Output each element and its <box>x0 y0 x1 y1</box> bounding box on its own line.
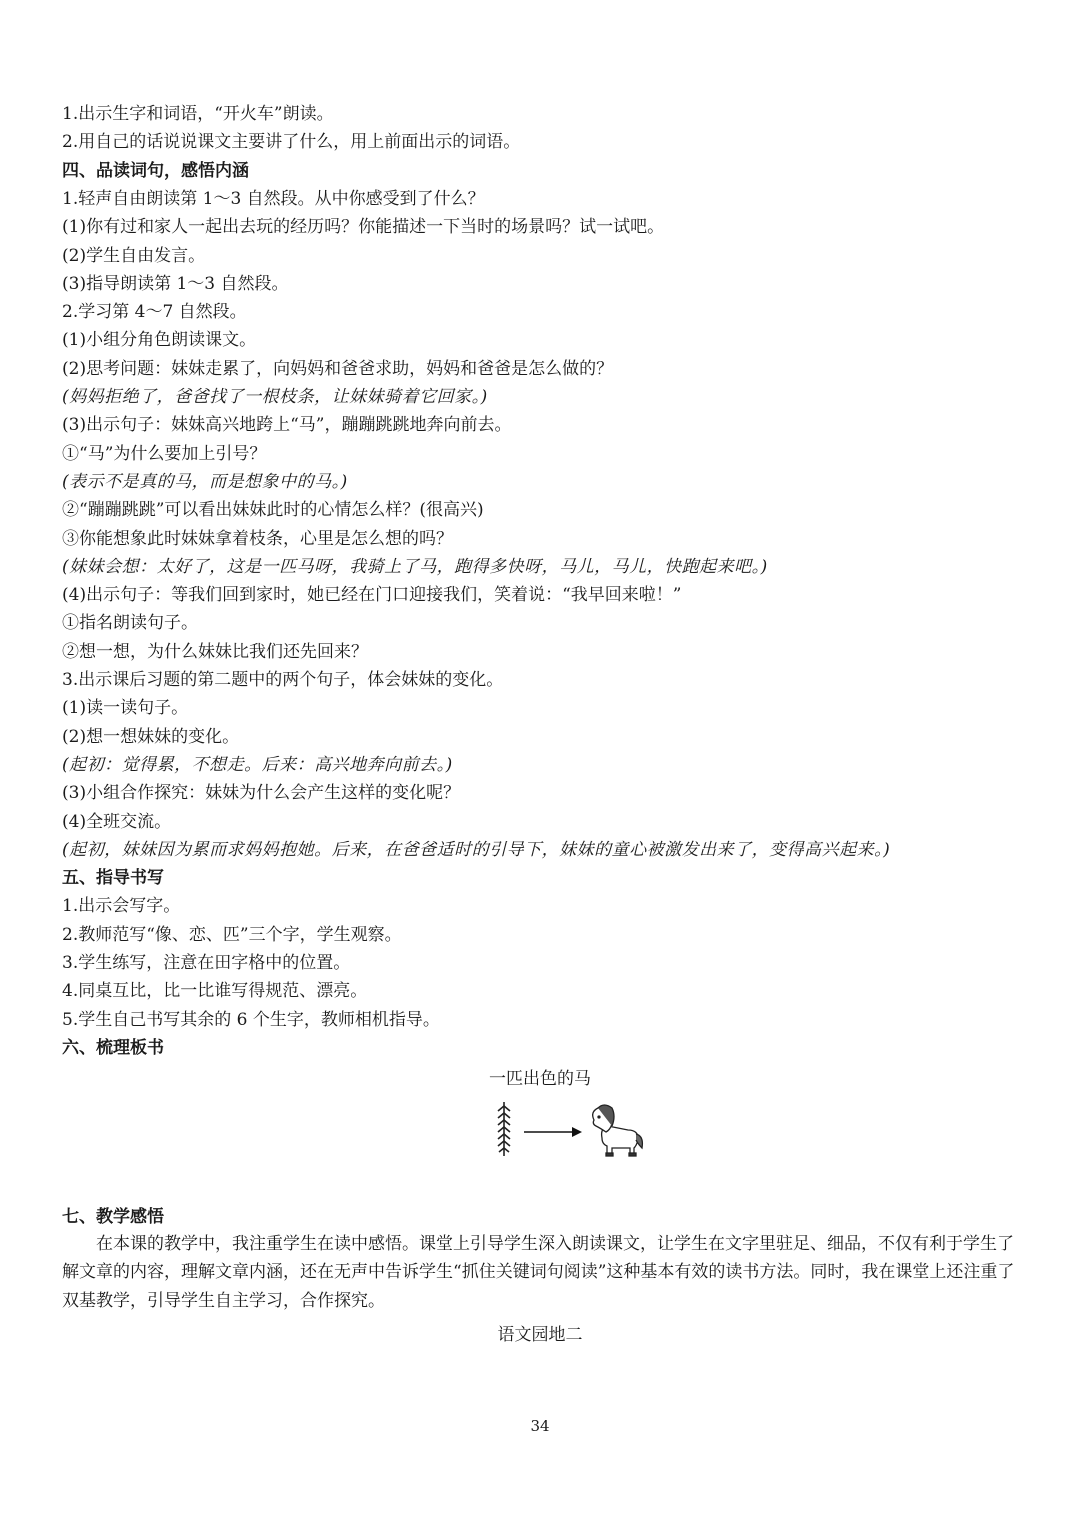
lesson-line: 3.出示课后习题的第二题中的两个句子，体会妹妹的变化。 <box>62 668 503 692</box>
board-figure <box>490 1098 650 1160</box>
section-heading: 六、梳理板书 <box>62 1036 164 1060</box>
answer-line: (妹妹会想：太好了，这是一匹马呀，我骑上了马，跑得多快呀，马儿，马儿，快跑起来吧… <box>62 555 768 579</box>
section-heading-reflection: 七、教学感悟 <box>62 1205 164 1229</box>
lesson-line: 3.学生练写，注意在田字格中的位置。 <box>62 951 350 975</box>
reflection-paragraph: 在本课的教学中，我注重学生在读中感悟。课堂上引导学生深入朗读课文，让学生在文字里… <box>62 1230 1022 1315</box>
arrow-right-icon <box>524 1127 582 1137</box>
lesson-line: (1)读一读句子。 <box>62 696 188 720</box>
section-heading: 四、品读词句，感悟内涵 <box>62 159 249 183</box>
lesson-line: (3)出示句子：妹妹高兴地跨上“马”，蹦蹦跳跳地奔向前去。 <box>62 413 511 437</box>
lesson-line: ①指名朗读句子。 <box>62 611 198 635</box>
lesson-line: ①“马”为什么要加上引号？ <box>62 442 266 466</box>
answer-line: (妈妈拒绝了，爸爸找了一根枝条，让妹妹骑着它回家。) <box>62 385 488 409</box>
lesson-line: 2.学习第 4～7 自然段。 <box>62 300 247 324</box>
board-title: 一匹出色的马 <box>0 1064 1080 1089</box>
section-heading: 五、指导书写 <box>62 866 164 890</box>
lesson-line: 1.出示生字和词语，“开火车”朗读。 <box>62 102 334 126</box>
lesson-line: (3)指导朗读第 1～3 自然段。 <box>62 272 289 296</box>
lesson-line: 4.同桌互比，比一比谁写得规范、漂亮。 <box>62 979 367 1003</box>
lesson-line: (2)思考问题：妹妹走累了，向妈妈和爸爸求助，妈妈和爸爸是怎么做的？ <box>62 357 613 381</box>
lesson-line: (4)出示句子：等我们回到家时，她已经在门口迎接我们，笑着说：“我早回来啦！” <box>62 583 681 607</box>
lesson-line: ②想一想，为什么妹妹比我们还先回来？ <box>62 640 368 664</box>
lesson-line: 2.教师范写“像、恋、匹”三个字，学生观察。 <box>62 923 402 947</box>
lesson-line: 1.轻声自由朗读第 1～3 自然段。从中你感受到了什么？ <box>62 187 485 211</box>
answer-line: (起初，妹妹因为累而求妈妈抱她。后来，在爸爸适时的引导下，妹妹的童心被激发出来了… <box>62 838 890 862</box>
lesson-line: (1)小组分角色朗读课文。 <box>62 328 256 352</box>
lesson-line: 2.用自己的话说说课文主要讲了什么，用上前面出示的词语。 <box>62 130 520 154</box>
lesson-line: ②“蹦蹦跳跳”可以看出妹妹此时的心情怎么样？(很高兴) <box>62 498 484 522</box>
lesson-line: ③你能想象此时妹妹拿着枝条，心里是怎么想的吗？ <box>62 527 453 551</box>
next-section-title: 语文园地二 <box>0 1320 1080 1345</box>
horse-icon <box>593 1105 643 1156</box>
lesson-line: (1)你有过和家人一起出去玩的经历吗？你能描述一下当时的场景吗？试一试吧。 <box>62 215 664 239</box>
lesson-line: (4)全班交流。 <box>62 810 171 834</box>
lesson-line: (2)想一想妹妹的变化。 <box>62 725 239 749</box>
answer-line: (表示不是真的马，而是想象中的马。) <box>62 470 348 494</box>
branch-icon <box>498 1102 510 1156</box>
lesson-line: 5.学生自己书写其余的 6 个生字，教师相机指导。 <box>62 1008 440 1032</box>
answer-line: (起初：觉得累，不想走。后来：高兴地奔向前去。) <box>62 753 453 777</box>
lesson-line: 1.出示会写字。 <box>62 894 180 918</box>
lesson-line: (2)学生自由发言。 <box>62 244 205 268</box>
page-number: 34 <box>0 1417 1080 1435</box>
lesson-line: (3)小组合作探究：妹妹为什么会产生这样的变化呢？ <box>62 781 460 805</box>
